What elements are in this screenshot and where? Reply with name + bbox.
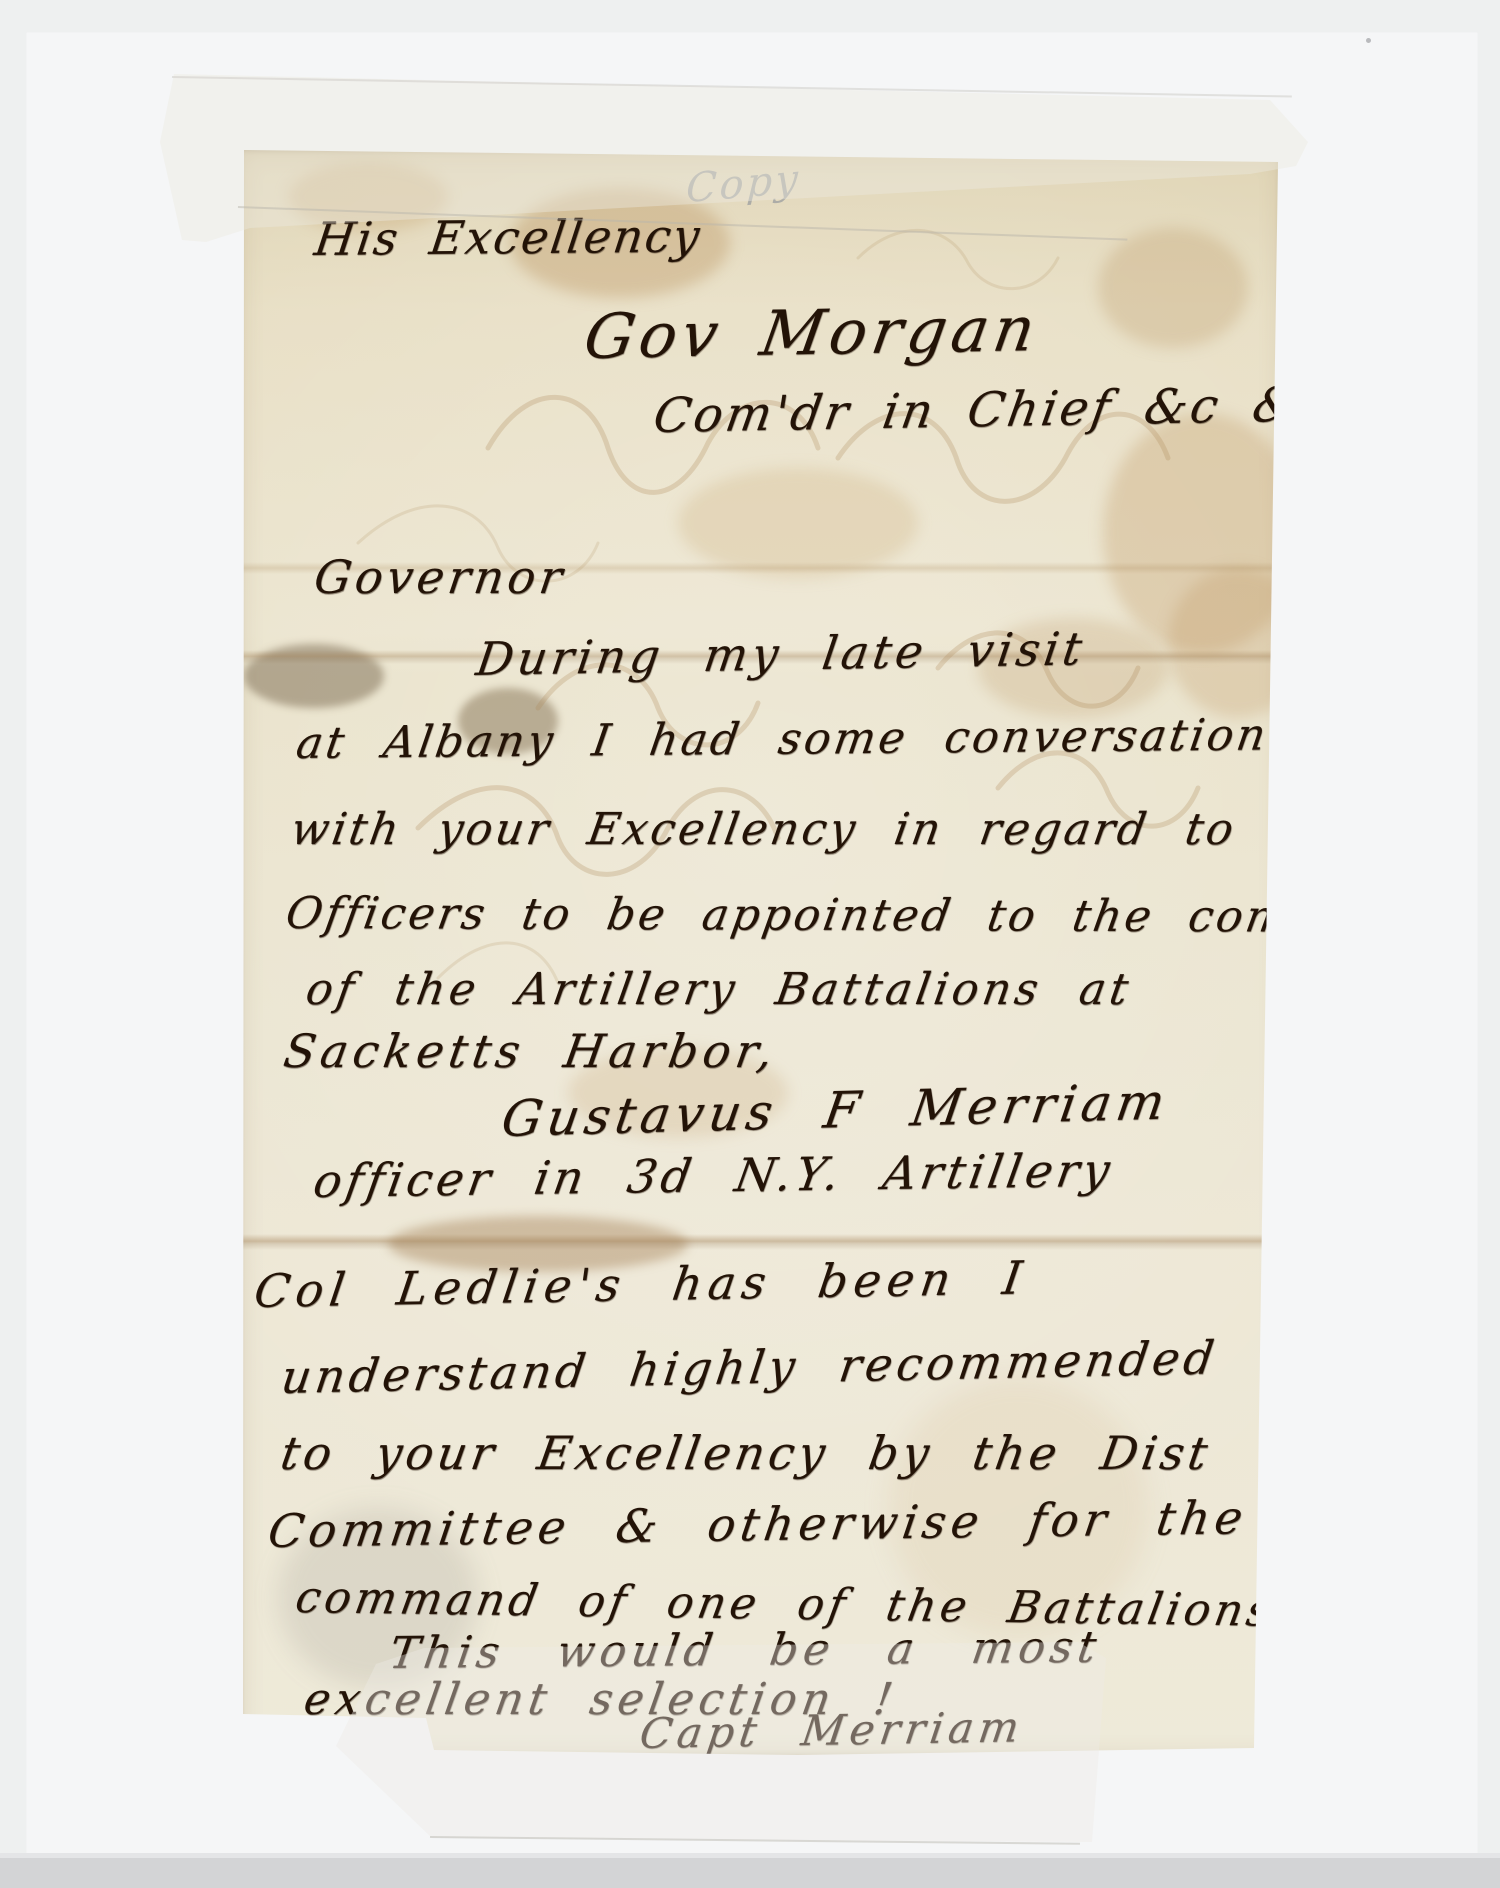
body-line-1: During my late visit <box>474 625 1089 682</box>
body-line-2: at Albany I had some conversation <box>293 714 1271 766</box>
body-line-12: Committee & otherwise for the <box>265 1494 1250 1554</box>
address-line-recipient-rank: Com'dr in Chief &c &c <box>650 380 1332 440</box>
photo-backdrop: Copy His Excellency Gov Morgan Com'dr in… <box>0 0 1500 1888</box>
salutation-line: Governor <box>312 554 569 600</box>
address-line-recipient-name: Gov Morgan <box>580 298 1044 368</box>
body-line-11: to your Excellency by the Dist <box>278 1430 1215 1476</box>
photo-bottom-edge <box>0 1858 1500 1888</box>
letter-paper: Copy His Excellency Gov Morgan Com'dr in… <box>238 148 1284 1760</box>
body-line-3: with your Excellency in regard to the <box>288 808 1357 852</box>
body-line-5: of the Artillery Battalions at <box>303 968 1135 1012</box>
dust-speck <box>1366 38 1371 43</box>
body-line-9: Col Ledlie's has been I <box>252 1255 1031 1314</box>
tape-strip-bottom <box>336 1642 1106 1846</box>
body-line-6: Sacketts Harbor, <box>281 1028 782 1074</box>
body-line-4: Officers to be appointed to the command <box>283 892 1431 940</box>
body-line-8: officer in 3d N.Y. Artillery <box>311 1147 1117 1204</box>
